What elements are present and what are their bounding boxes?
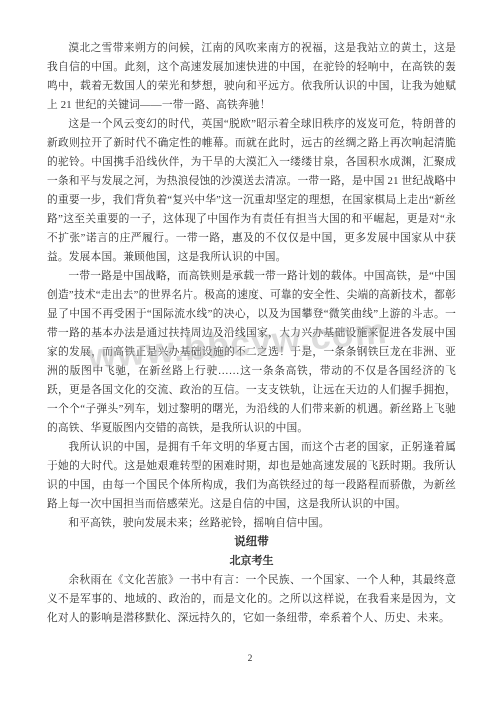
essay2-paragraph-1: 余秋雨在《文化苦旅》一书中有言：一个民族、一个国家、一个人种，其最终意义不是军事… [47, 571, 456, 628]
essay1-paragraph-1: 漠北之雪带来朔方的问候，江南的风吹来南方的祝福，这是我站立的黄土，这是我自信的中… [47, 39, 456, 115]
essay1-closing-line: 和平高铁，驶向发展未来；丝路驼铃，摇响自信中国。 [47, 514, 456, 533]
essay1-paragraph-2: 这是一个风云变幻的时代，英国“脱欧”昭示着全球旧秩序的岌岌可危，特朗普的新政则拉… [47, 115, 456, 267]
essay2-title: 说纽带 [47, 533, 456, 552]
essay2-byline: 北京考生 [47, 552, 456, 571]
page-number: 2 [0, 652, 500, 666]
essay-content: 漠北之雪带来朔方的问候，江南的风吹来南方的祝福，这是我站立的黄土，这是我自信的中… [47, 39, 456, 628]
essay1-paragraph-3: 一带一路是中国战略，而高铁则是承载一带一路计划的载体。中国高铁，是“中国创造”技… [47, 267, 456, 438]
document-page: 漠北之雪带来朔方的问候，江南的风吹来南方的祝福，这是我站立的黄土，这是我自信的中… [0, 0, 500, 708]
essay1-paragraph-4: 我所认识的中国，是拥有千年文明的华夏古国，而这个古老的国家，正躬逢着属于她的大时… [47, 438, 456, 514]
